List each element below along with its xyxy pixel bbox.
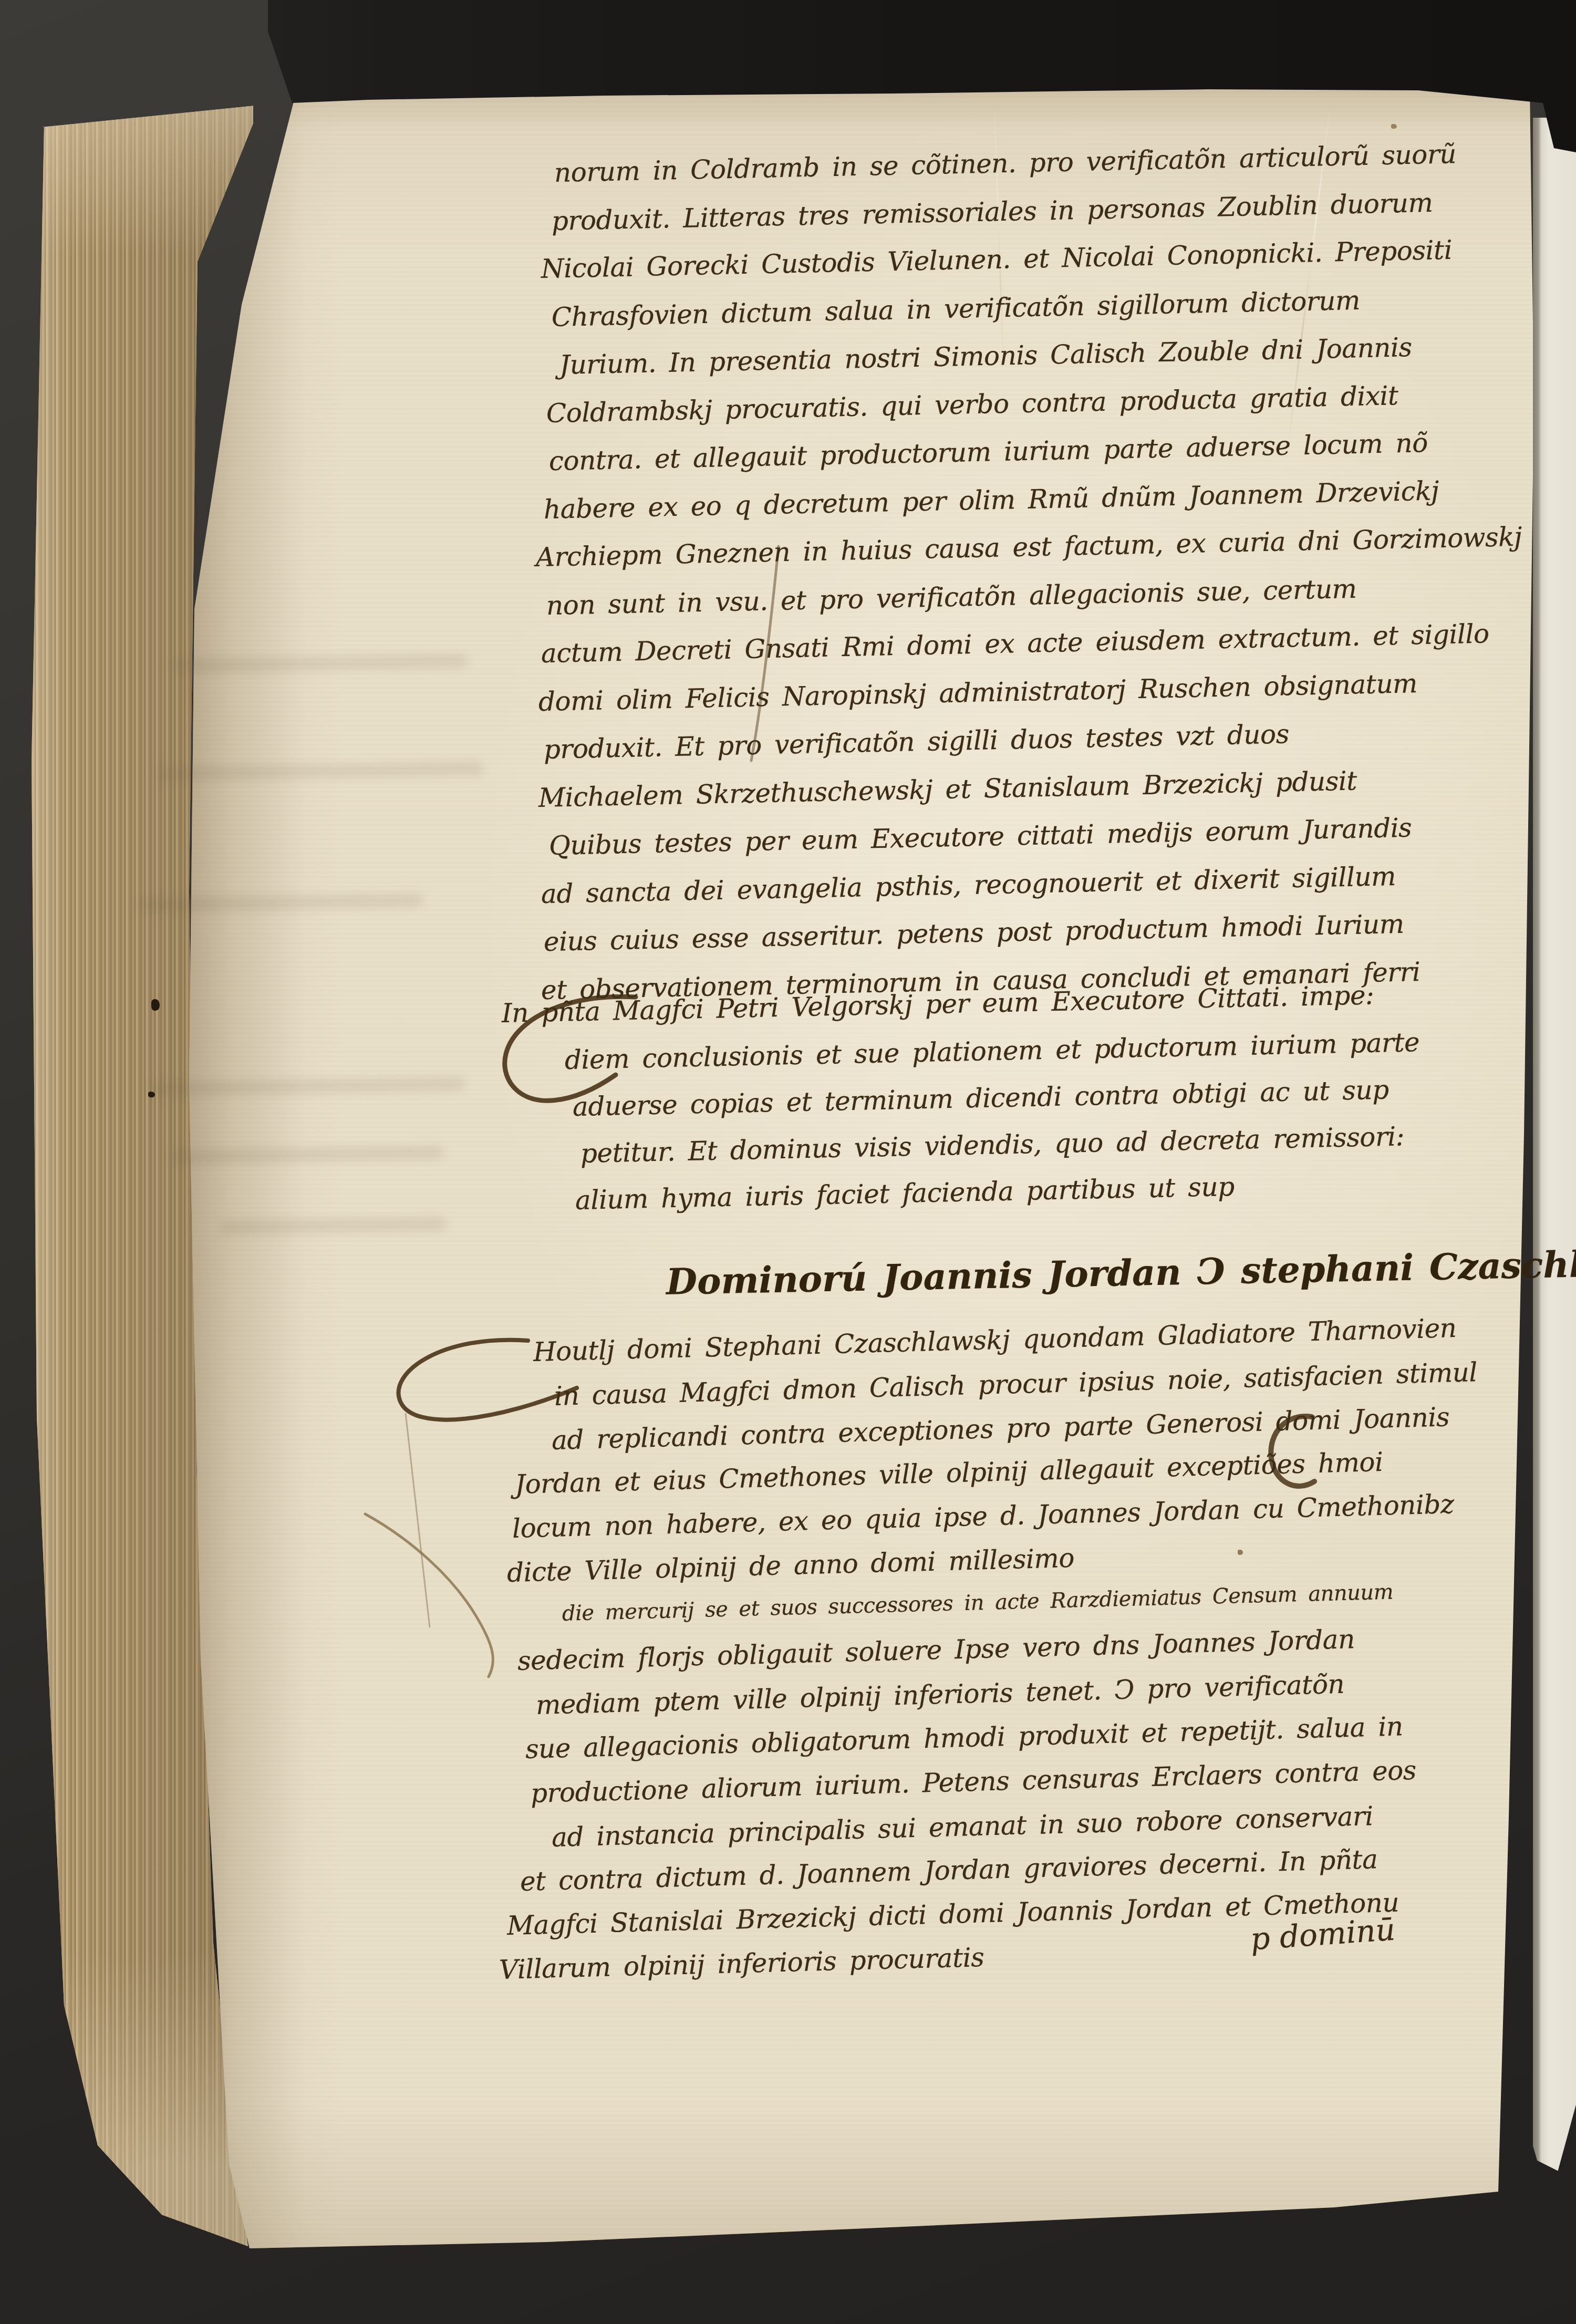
ink-speck	[151, 999, 160, 1011]
paper-crease	[993, 100, 1004, 373]
ink-speck	[148, 1092, 155, 1097]
ink-speck	[1238, 1550, 1243, 1555]
ink-speck	[1391, 124, 1397, 129]
next-page-edge	[1533, 118, 1576, 2183]
manuscript-photo: norum in Coldramb in se cõtinen. pro ver…	[0, 0, 1576, 2324]
